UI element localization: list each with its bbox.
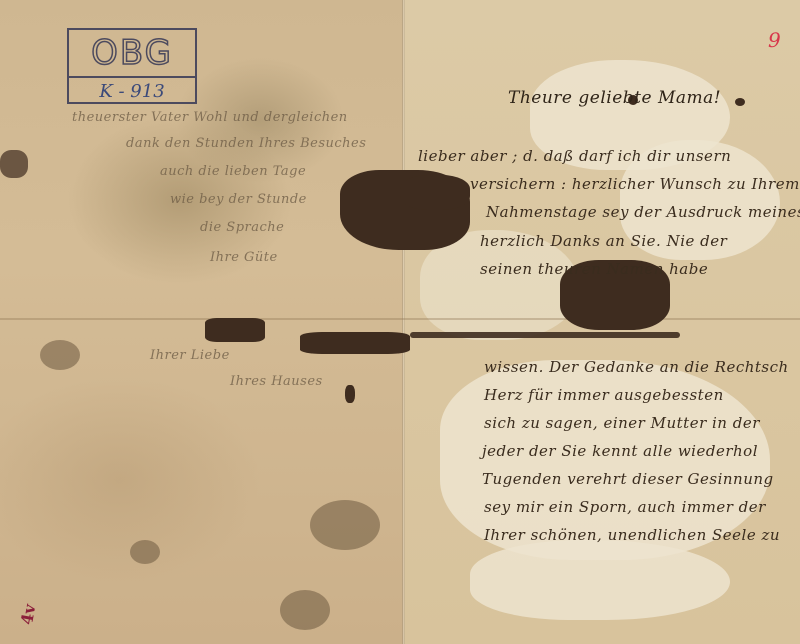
dirt-spot xyxy=(310,500,380,550)
ink-blot xyxy=(0,150,28,178)
dirt-spot xyxy=(130,540,160,564)
ink-blot xyxy=(205,318,265,342)
stamp-shelfmark: K - 913 xyxy=(69,78,195,104)
handwriting-line: Nahmenstage sey der Ausdruck meines xyxy=(486,203,800,221)
handwriting-line: sich zu sagen, einer Mutter in der xyxy=(484,414,760,432)
horizontal-fold xyxy=(0,318,800,320)
dirt-spot xyxy=(280,590,330,630)
faded-handwriting-line: Ihre Güte xyxy=(210,250,278,265)
handwriting-line: Ihrer schönen, unendlichen Seele zu xyxy=(484,526,780,544)
ink-blot xyxy=(345,385,355,403)
stamp-label: OBG xyxy=(69,30,195,78)
handwriting-line: jeder der Sie kennt alle wiederhol xyxy=(482,442,758,460)
ink-blot xyxy=(300,332,410,354)
handwriting-line: sey mir ein Sporn, auch immer der xyxy=(484,498,766,516)
handwriting-line: seinen theuren Namen habe xyxy=(480,260,708,278)
bottom-left-mark: 4v xyxy=(17,603,39,626)
handwriting-line: lieber aber ; d. daß darf ich dir unsern xyxy=(418,147,731,165)
handwriting-line: Herz für immer ausgebessten xyxy=(484,386,724,404)
faded-handwriting-line: Ihres Hauses xyxy=(230,374,323,389)
faded-handwriting-line: auch die lieben Tage xyxy=(160,164,306,179)
folio-number: 9 xyxy=(768,28,781,52)
letter-greeting: Theure geliebte Mama! xyxy=(508,88,721,108)
handwriting-line: herzlich Danks an Sie. Nie der xyxy=(480,232,727,250)
ink-blot xyxy=(735,98,745,106)
faded-handwriting-line: dank den Stunden Ihres Besuches xyxy=(126,136,366,151)
faded-handwriting-line: Ihrer Liebe xyxy=(150,348,230,363)
faded-handwriting-line: die Sprache xyxy=(200,220,284,235)
handwriting-line: versichern : herzlicher Wunsch zu Ihrem xyxy=(470,175,800,193)
handwriting-line: wissen. Der Gedanke an die Rechtsch xyxy=(484,358,789,376)
faded-handwriting-line: wie bey der Stunde xyxy=(170,192,307,207)
handwriting-line: Tugenden verehrt dieser Gesinnung xyxy=(482,470,774,488)
archive-stamp: OBG K - 913 xyxy=(67,28,197,104)
ink-blot xyxy=(400,175,470,210)
vertical-fold xyxy=(402,0,405,644)
ink-streak xyxy=(410,332,680,338)
bleached-area xyxy=(470,540,730,620)
dirt-spot xyxy=(40,340,80,370)
faded-handwriting-line: theuerster Vater Wohl und dergleichen xyxy=(72,110,348,125)
